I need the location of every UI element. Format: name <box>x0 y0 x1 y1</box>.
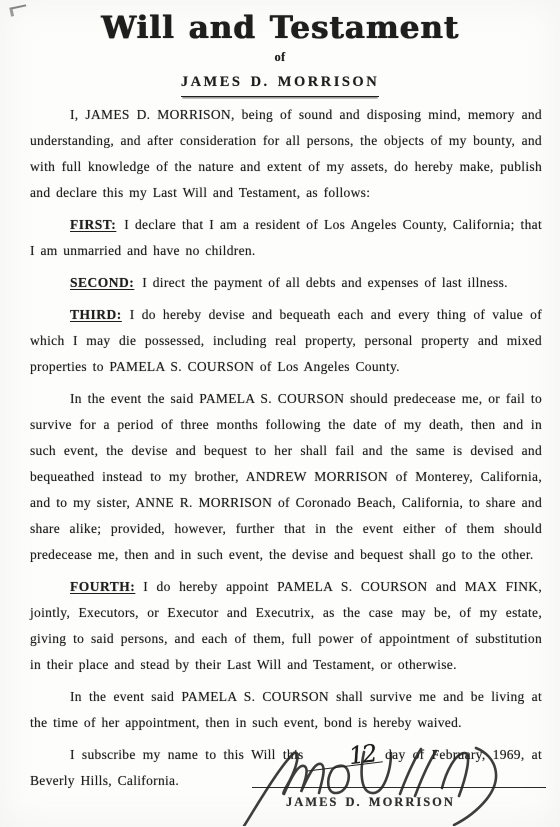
will-document-page: Will and Testament of JAMES D. MORRISON … <box>0 0 560 827</box>
paragraph-intro: I, JAMES D. MORRISON, being of sound and… <box>30 102 542 206</box>
document-subtitle-of: of <box>0 49 560 65</box>
section-third-continuation-text: In the event the said PAMELA S. COURSON … <box>30 391 542 562</box>
section-fourth-continuation-text: In the event said PAMELA S. COURSON shal… <box>30 689 542 730</box>
section-first-label: FIRST: <box>70 217 116 232</box>
section-fourth: FOURTH:I do hereby appoint PAMELA S. COU… <box>30 574 542 678</box>
section-third-label: THIRD: <box>70 307 122 322</box>
signature-block: JAMES D. MORRISON <box>214 740 546 826</box>
document-body: I, JAMES D. MORRISON, being of sound and… <box>30 102 542 800</box>
section-fourth-label: FOURTH: <box>70 579 135 594</box>
section-second-text: I direct the payment of all debts and ex… <box>142 275 508 290</box>
intro-text: I, JAMES D. MORRISON, being of sound and… <box>30 107 542 200</box>
section-first: FIRST:I declare that I am a resident of … <box>30 212 542 264</box>
signature-scribble-icon <box>214 740 546 826</box>
section-second: SECOND:I direct the payment of all debts… <box>30 270 542 296</box>
document-title: Will and Testament <box>0 10 560 46</box>
testator-name: JAMES D. MORRISON <box>181 69 379 97</box>
section-third: THIRD:I do hereby devise and bequeath ea… <box>30 302 542 380</box>
section-second-label: SECOND: <box>70 275 134 290</box>
section-third-continuation: In the event the said PAMELA S. COURSON … <box>30 386 542 568</box>
section-fourth-continuation: In the event said PAMELA S. COURSON shal… <box>30 684 542 736</box>
document-header: Will and Testament of JAMES D. MORRISON <box>0 10 560 97</box>
